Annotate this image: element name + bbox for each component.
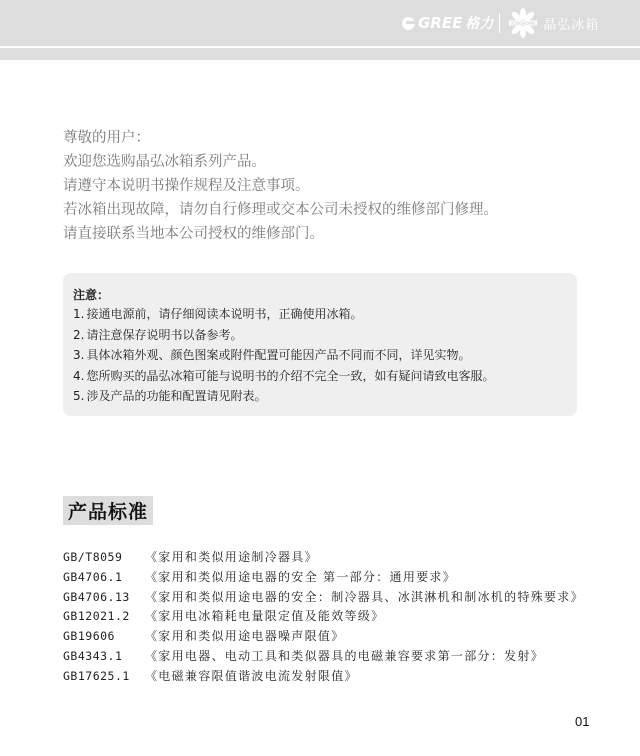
- notice-item-number: 5.: [73, 389, 84, 403]
- standard-title: 《家用和类似用途电器噪声限值》: [145, 627, 345, 647]
- standard-code: GB12021.2: [63, 607, 145, 627]
- kinghome-brand-name: 晶弘冰箱: [543, 14, 599, 33]
- notice-item: 5.涉及产品的功能和配置请见附表。: [73, 386, 494, 407]
- standard-title: 《家用电冰箱耗电量限定值及能效等级》: [145, 607, 384, 627]
- standard-row: GB4343.1 《家用电器、电动工具和类似器具的电磁兼容要求第一部分：发射》: [63, 647, 584, 667]
- gree-logo-text: GREE: [418, 14, 462, 32]
- notice-list: 1.接通电源前，请仔细阅读本说明书，正确使用冰箱。 2.请注意保存说明书以备参考…: [73, 304, 494, 407]
- gree-logo-chinese: 格力: [465, 13, 493, 33]
- greeting-line: 欢迎您选购晶弘冰箱系列产品。: [63, 150, 498, 174]
- standard-title: 《家用电器、电动工具和类似器具的电磁兼容要求第一部分：发射》: [145, 647, 544, 667]
- greeting-line: 请遵守本说明书操作规程及注意事项。: [63, 174, 498, 198]
- notice-box: 注意： 1.接通电源前，请仔细阅读本说明书，正确使用冰箱。 2.请注意保存说明书…: [63, 273, 577, 416]
- notice-item: 4.您所购买的晶弘冰箱可能与说明书的介绍不完全一致，如有疑问请致电客服。: [73, 366, 494, 387]
- greeting-block: 尊敬的用户： 欢迎您选购晶弘冰箱系列产品。 请遵守本说明书操作规程及注意事项。 …: [63, 126, 498, 246]
- standard-title: 《家用和类似用途电器的安全：制冷器具、冰淇淋机和制冰机的特殊要求》: [145, 588, 584, 608]
- notice-item-number: 2.: [73, 328, 84, 342]
- standard-code: GB4343.1: [63, 647, 145, 667]
- greeting-salutation: 尊敬的用户：: [63, 126, 498, 150]
- standard-title: 《家用和类似用途制冷器具》: [145, 548, 318, 568]
- greeting-line: 若冰箱出现故障，请勿自行修理或交本公司未授权的维修部门修理。: [63, 198, 498, 222]
- standard-code: GB4706.1: [63, 568, 145, 588]
- notice-item-number: 1.: [73, 307, 84, 321]
- standard-row: GB4706.1 《家用和类似用途电器的安全 第一部分：通用要求》: [63, 568, 584, 588]
- standard-code: GB4706.13: [63, 588, 145, 608]
- standard-title: 《电磁兼容限值谐波电流发射限值》: [145, 667, 358, 687]
- logo-divider: [499, 13, 500, 33]
- notice-item-text: 您所购买的晶弘冰箱可能与说明书的介绍不完全一致，如有疑问请致电客服。: [86, 369, 494, 383]
- notice-item-number: 3.: [73, 348, 84, 362]
- standard-row: GB4706.13 《家用和类似用途电器的安全：制冷器具、冰淇淋机和制冰机的特殊…: [63, 588, 584, 608]
- greeting-line: 请直接联系当地本公司授权的维修部门。: [63, 222, 498, 246]
- brand-logos: GREE 格力 KINGHOME 晶弘冰箱: [402, 8, 599, 38]
- notice-item-text: 接通电源前，请仔细阅读本说明书，正确使用冰箱。: [86, 307, 362, 321]
- notice-title: 注意：: [73, 286, 109, 303]
- page-number: 01: [575, 714, 589, 729]
- standard-code: GB/T8059: [63, 548, 145, 568]
- notice-item-number: 4.: [73, 369, 84, 383]
- standards-list: GB/T8059 《家用和类似用途制冷器具》 GB4706.1 《家用和类似用途…: [63, 548, 584, 687]
- header-subbar: [0, 48, 640, 60]
- notice-item: 1.接通电源前，请仔细阅读本说明书，正确使用冰箱。: [73, 304, 494, 325]
- notice-item-text: 具体冰箱外观、颜色图案或附件配置可能因产品不同而不同，详见实物。: [86, 348, 470, 362]
- standard-title: 《家用和类似用途电器的安全 第一部分：通用要求》: [145, 568, 456, 588]
- kinghome-flower-icon: KINGHOME: [507, 8, 539, 38]
- standard-row: GB/T8059 《家用和类似用途制冷器具》: [63, 548, 584, 568]
- section-heading-product-standards: 产品标准: [63, 496, 153, 525]
- notice-item: 3.具体冰箱外观、颜色图案或附件配置可能因产品不同而不同，详见实物。: [73, 345, 494, 366]
- notice-item-text: 涉及产品的功能和配置请见附表。: [86, 389, 266, 403]
- standard-code: GB17625.1: [63, 667, 145, 687]
- notice-item-text: 请注意保存说明书以备参考。: [86, 328, 242, 342]
- kinghome-logo-text: KINGHOME: [511, 21, 536, 26]
- gree-logo-icon: [402, 17, 415, 30]
- standard-row: GB12021.2 《家用电冰箱耗电量限定值及能效等级》: [63, 607, 584, 627]
- standard-row: GB17625.1 《电磁兼容限值谐波电流发射限值》: [63, 667, 584, 687]
- standard-row: GB19606 《家用和类似用途电器噪声限值》: [63, 627, 584, 647]
- standard-code: GB19606: [63, 627, 145, 647]
- notice-item: 2.请注意保存说明书以备参考。: [73, 325, 494, 346]
